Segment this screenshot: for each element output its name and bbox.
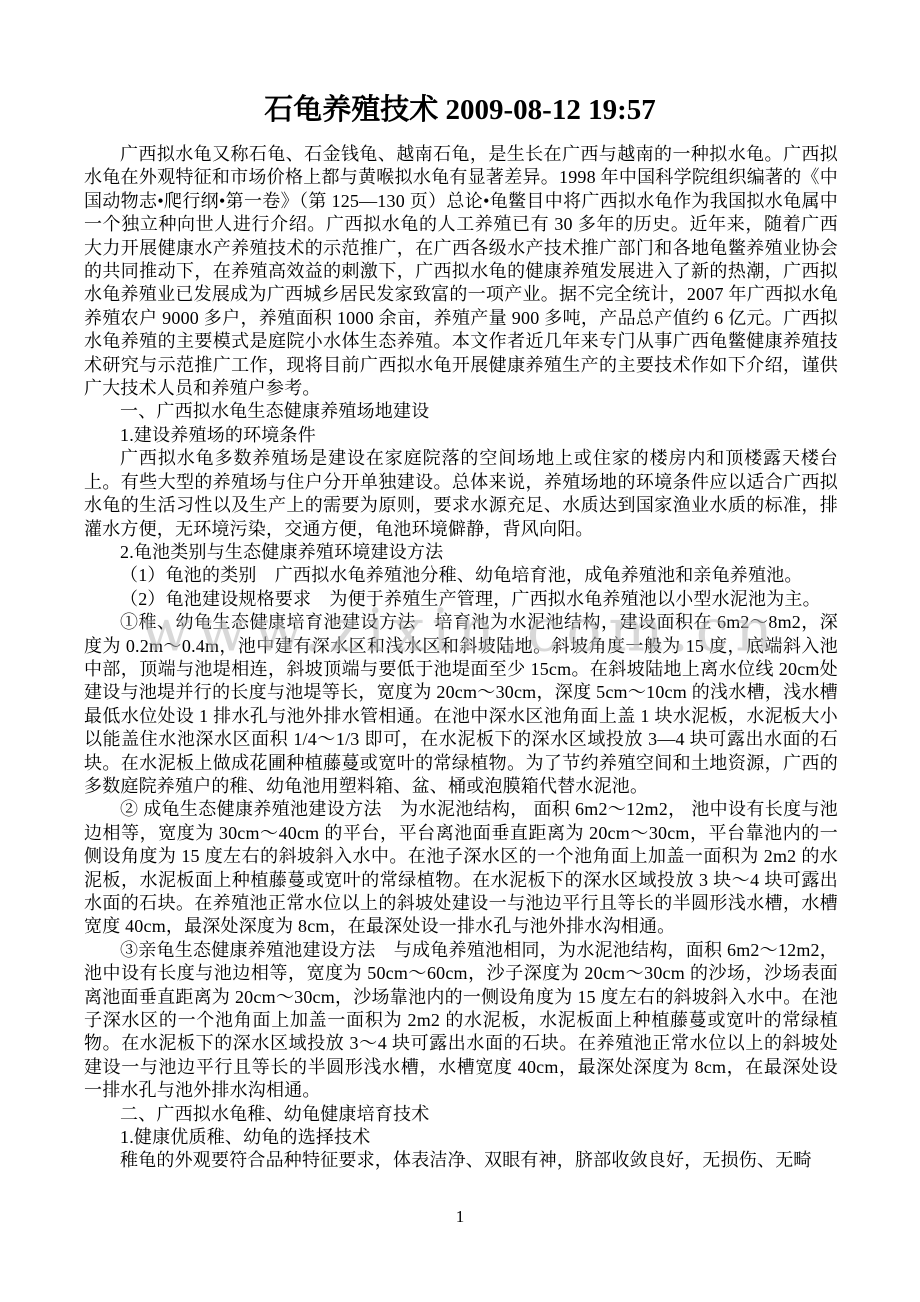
paragraph: 稚龟的外观要符合品种特征要求，体表洁净、双眼有神，脐部收敛良好，无损伤、无畸: [84, 1149, 838, 1172]
paragraph: 2.龟池类别与生态健康养殖环境建设方法: [84, 541, 838, 564]
paragraph: 二、广西拟水龟稚、幼龟健康培育技术: [84, 1103, 838, 1126]
paragraph: （1）龟池的类别 广西拟水龟养殖池分稚、幼龟培育池，成龟养殖池和亲龟养殖池。: [84, 564, 838, 587]
paragraph: ③亲龟生态健康养殖池建设方法 与成龟养殖池相同，为水泥池结构，面积 6m2～12…: [84, 939, 838, 1103]
document-title: 石龟养殖技术 2009-08-12 19:57: [0, 92, 920, 128]
paragraph: ①稚、幼龟生态健康培育池建设方法 培育池为水泥池结构，建设面积在 6m2～8m2…: [84, 611, 838, 798]
document-body: 广西拟水龟又称石龟、石金钱龟、越南石龟，是生长在广西与越南的一种拟水龟。广西拟水…: [84, 143, 838, 1173]
document-page: www.zixin.com.cn 石龟养殖技术 2009-08-12 19:57…: [0, 0, 920, 1302]
paragraph: 一、广西拟水龟生态健康养殖场地建设: [84, 400, 838, 423]
paragraph: ② 成龟生态健康养殖池建设方法 为水泥池结构， 面积 6m2～12m2， 池中设…: [84, 798, 838, 938]
paragraph: （2）龟池建设规格要求 为便于养殖生产管理，广西拟水龟养殖池以小型水泥池为主。: [84, 588, 838, 611]
paragraph: 广西拟水龟多数养殖场是建设在家庭院落的空间场地上或住家的楼房内和顶楼露天楼台上。…: [84, 447, 838, 541]
paragraph: 1.健康优质稚、幼龟的选择技术: [84, 1126, 838, 1149]
paragraph: 广西拟水龟又称石龟、石金钱龟、越南石龟，是生长在广西与越南的一种拟水龟。广西拟水…: [84, 143, 838, 400]
page-number: 1: [0, 1206, 920, 1228]
paragraph: 1.建设养殖场的环境条件: [84, 424, 838, 447]
